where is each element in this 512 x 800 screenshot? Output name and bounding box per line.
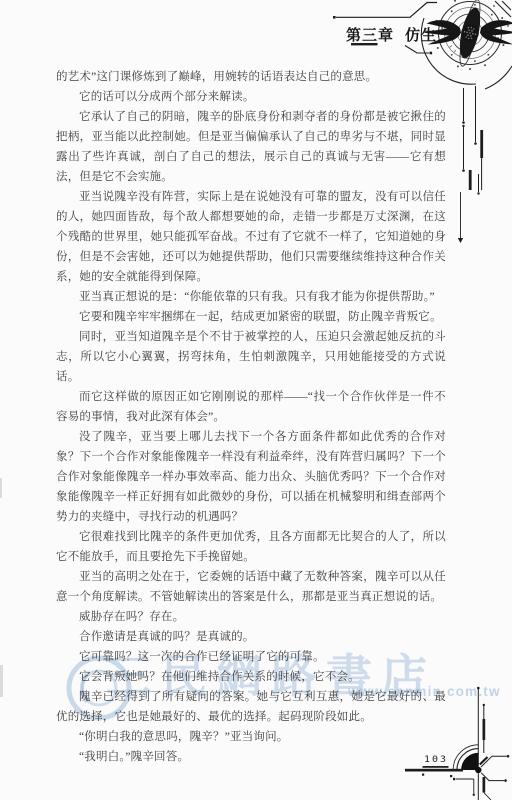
paragraph: 威胁存在吗？存在。: [56, 607, 446, 627]
scan-artifact: [0, 478, 2, 498]
circuit-lines-icon: [458, 86, 483, 243]
paragraph: “你明白我的意思吗，隗辛？”亚当询问。: [56, 727, 446, 747]
chapter-header: 第三章仿生: [346, 24, 437, 45]
paragraph: 同时，亚当知道隗辛是个不甘于被掌控的人，压迫只会激起她反抗的斗志，所以它小心翼翼…: [56, 327, 446, 387]
page-number: 103: [424, 754, 448, 764]
book-page: 三民網路書店 www.sanmin.com.tw 第三章仿生: [0, 0, 512, 800]
paragraph: 它要和隗辛牢牢捆绑在一起，结成更加紧密的联盟，防止隗辛背叛它。: [56, 307, 446, 327]
paragraph: 隗辛已经得到了所有疑问的答案。她与它互利互惠，她是它最好的、最优的选择，它也是她…: [56, 687, 446, 727]
paragraph: 亚当的高明之处在于，它委婉的话语中藏了无数种答案，隗辛可以从任意一个角度解读。不…: [56, 567, 446, 607]
paragraph: 而它这样做的原因正如它刚刚说的那样——“找一个合作伙伴是一件不容易的事情，我对此…: [56, 387, 446, 427]
chapter-label: 第三章: [346, 27, 394, 44]
paragraph: 没了隗辛，亚当要上哪儿去找下一个各方面条件都如此优秀的合作对象？下一个合作对象能…: [56, 427, 446, 527]
corner-circuit-icon: [400, 675, 512, 800]
chapter-title: 仿生: [405, 27, 437, 44]
paragraph: 它会背叛她吗？在他们维持合作关系的时候，它不会。: [56, 667, 446, 687]
paragraph: 亚当真正想说的是：“你能依靠的只有我。只有我才能为你提供帮助。”: [56, 287, 446, 307]
paragraph: “我明白。”隗辛回答。: [56, 747, 446, 767]
paragraph: 它可靠吗？这一次的合作已经证明了它的可靠。: [56, 647, 446, 667]
scan-artifact: [0, 665, 3, 697]
paragraph: 它很难找到比隗辛的条件更加优秀，且各方面都无比契合的人了，所以它不能放手，而且要…: [56, 527, 446, 567]
paragraph: 合作邀请是真诚的吗？是真诚的。: [56, 627, 446, 647]
